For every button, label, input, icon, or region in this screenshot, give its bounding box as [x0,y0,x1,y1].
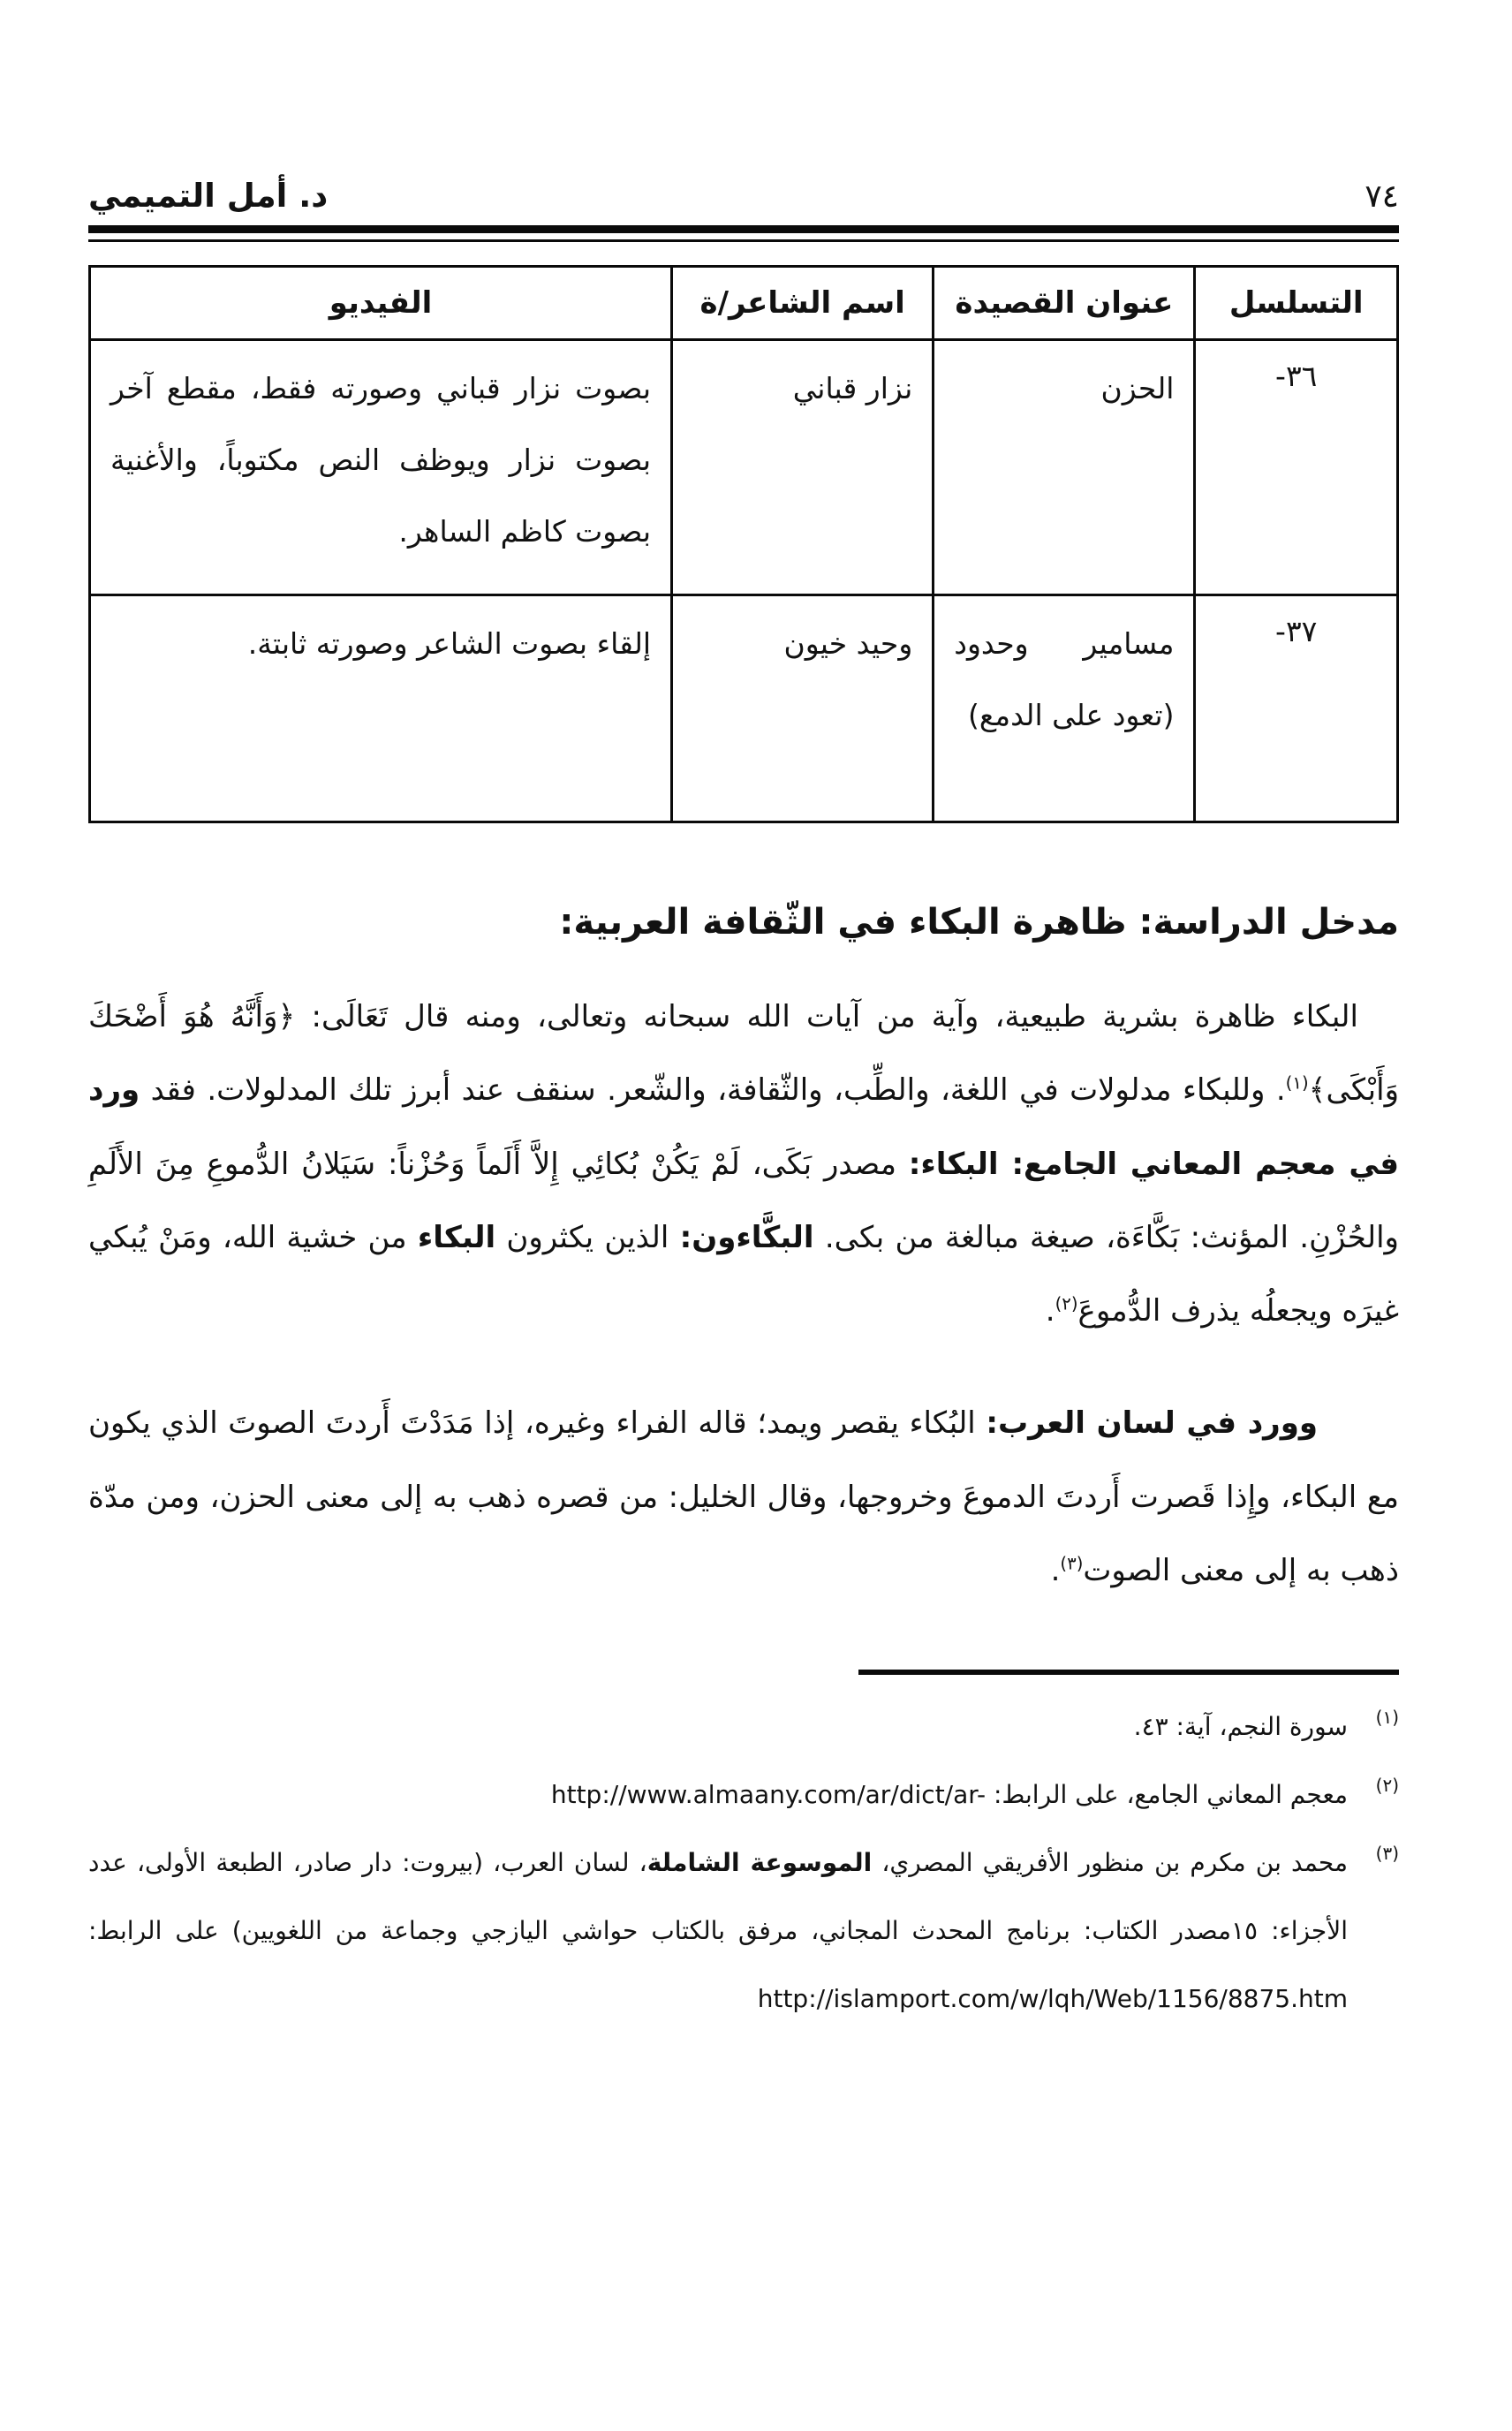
running-header: ٧٤ د. أمل التميمي [88,0,1399,215]
footnote-text: سورة النجم، آية: ٤٣. [88,1693,1348,1761]
table-row: ٣٦- الحزن نزار قباني بصوت نزار قباني وصو… [90,340,1398,595]
footnote: (٣) محمد بن مكرم بن منظور الأفريقي المصر… [88,1829,1399,2033]
footnote-text: محمد بن مكرم بن منظور الأفريقي المصري، ا… [88,1829,1348,2033]
table-row: ٣٧- مسامير وحدود (تعود على الدمع) وحيد خ… [90,595,1398,822]
footnote-text: معجم المعاني الجامع، على الرابط: http://… [88,1761,1348,1829]
page-content: ٧٤ د. أمل التميمي التسلسل عنوان القصيدة … [0,0,1512,2033]
cell-video: بصوت نزار قباني وصورته فقط، مقطع آخر بصو… [90,340,672,595]
cell-poem-title: الحزن [934,340,1195,595]
footnote-marker: (١) [1348,1708,1399,1726]
column-header-poet-name: اسم الشاعر/ة [672,267,934,340]
cell-serial: ٣٧- [1195,595,1398,822]
cell-serial: ٣٦- [1195,340,1398,595]
cell-poet-name: نزار قباني [672,340,934,595]
footnote: (١) سورة النجم، آية: ٤٣. [88,1693,1399,1761]
table-header-row: التسلسل عنوان القصيدة اسم الشاعر/ة الفيد… [90,267,1398,340]
column-header-serial: التسلسل [1195,267,1398,340]
body-paragraph: البكاء ظاهرة بشرية طبيعية، وآية من آيات … [88,981,1399,1348]
scanned-document-page: ٧٤ د. أمل التميمي التسلسل عنوان القصيدة … [0,0,1512,2431]
cell-video: إلقاء بصوت الشاعر وصورته ثابتة. [90,595,672,822]
footnote-marker: (٢) [1348,1776,1399,1794]
footnote: (٢) معجم المعاني الجامع، على الرابط: htt… [88,1761,1399,1829]
footnotes-section: (١) سورة النجم، آية: ٤٣. (٢) معجم المعان… [88,1670,1399,2033]
column-header-poem-title: عنوان القصيدة [934,267,1195,340]
cell-poem-title: مسامير وحدود (تعود على الدمع) [934,595,1195,822]
footnote-divider [858,1670,1399,1675]
header-divider [88,225,1399,242]
column-header-video: الفيديو [90,267,672,340]
body-paragraph: وورد في لسان العرب: البُكاء يقصر ويمد؛ ق… [88,1387,1399,1608]
page-number: ٧٤ [1365,178,1399,215]
poems-table: التسلسل عنوان القصيدة اسم الشاعر/ة الفيد… [88,265,1399,823]
cell-poet-name: وحيد خيون [672,595,934,822]
footnote-marker: (٣) [1348,1844,1399,1862]
author-name: د. أمل التميمي [88,177,328,215]
section-heading: مدخل الدراسة: ظاهرة البكاء في الثّقافة ا… [88,894,1399,950]
